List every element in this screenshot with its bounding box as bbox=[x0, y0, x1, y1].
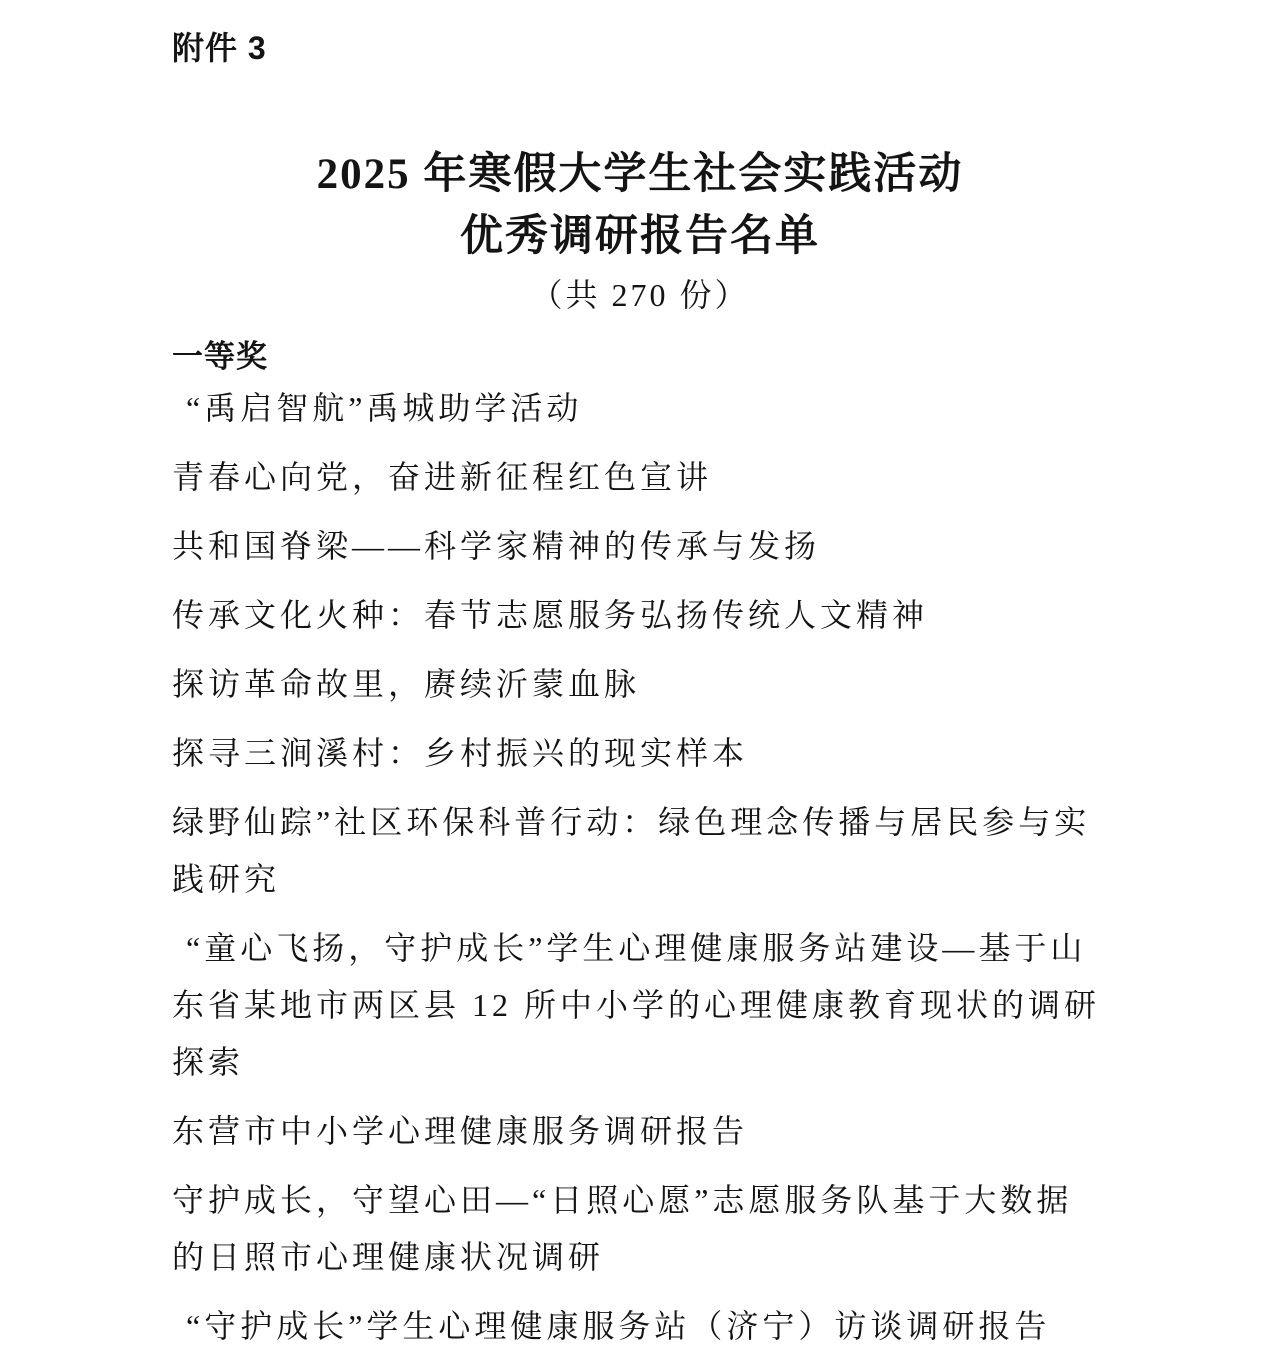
report-line: 青春心向党，奋进新征程红色宣讲 bbox=[172, 449, 1117, 506]
report-line: 共和国脊梁——科学家精神的传承与发扬 bbox=[172, 518, 1117, 575]
document-page: 附件 3 2025 年寒假大学生社会实践活动 优秀调研报告名单 （共 270 份… bbox=[0, 0, 1280, 1370]
report-line: 探寻三涧溪村：乡村振兴的现实样本 bbox=[172, 725, 1117, 782]
report-line: “禹启智航”禹城助学活动 bbox=[172, 380, 1117, 437]
document-title: 2025 年寒假大学生社会实践活动 优秀调研报告名单 bbox=[0, 144, 1280, 268]
section-heading-first-prize: 一等奖 bbox=[172, 336, 268, 378]
report-line: 东营市中小学心理健康服务调研报告 bbox=[172, 1103, 1117, 1160]
report-line: 践研究 bbox=[172, 851, 1117, 908]
report-line: “童心飞扬，守护成长”学生心理健康服务站建设—基于山 bbox=[172, 920, 1117, 977]
report-list: “禹启智航”禹城助学活动青春心向党，奋进新征程红色宣讲共和国脊梁——科学家精神的… bbox=[172, 380, 1117, 1355]
report-line: 守护成长，守望心田—“日照心愿”志愿服务队基于大数据 bbox=[172, 1172, 1117, 1229]
report-line: 探访革命故里，赓续沂蒙血脉 bbox=[172, 656, 1117, 713]
report-line: “守护成长”学生心理健康服务站（济宁）访谈调研报告 bbox=[172, 1298, 1117, 1355]
document-title-line-1: 2025 年寒假大学生社会实践活动 bbox=[0, 144, 1280, 206]
document-title-line-2: 优秀调研报告名单 bbox=[0, 206, 1280, 268]
report-line: 东省某地市两区县 12 所中小学的心理健康教育现状的调研 bbox=[172, 977, 1117, 1034]
report-line: 绿野仙踪”社区环保科普行动：绿色理念传播与居民参与实 bbox=[172, 794, 1117, 851]
report-line: 的日照市心理健康状况调研 bbox=[172, 1229, 1117, 1286]
attachment-label: 附件 3 bbox=[172, 28, 267, 68]
report-line: 传承文化火种：春节志愿服务弘扬传统人文精神 bbox=[172, 587, 1117, 644]
count-note: （共 270 份） bbox=[0, 272, 1280, 318]
report-line: 探索 bbox=[172, 1034, 1117, 1091]
